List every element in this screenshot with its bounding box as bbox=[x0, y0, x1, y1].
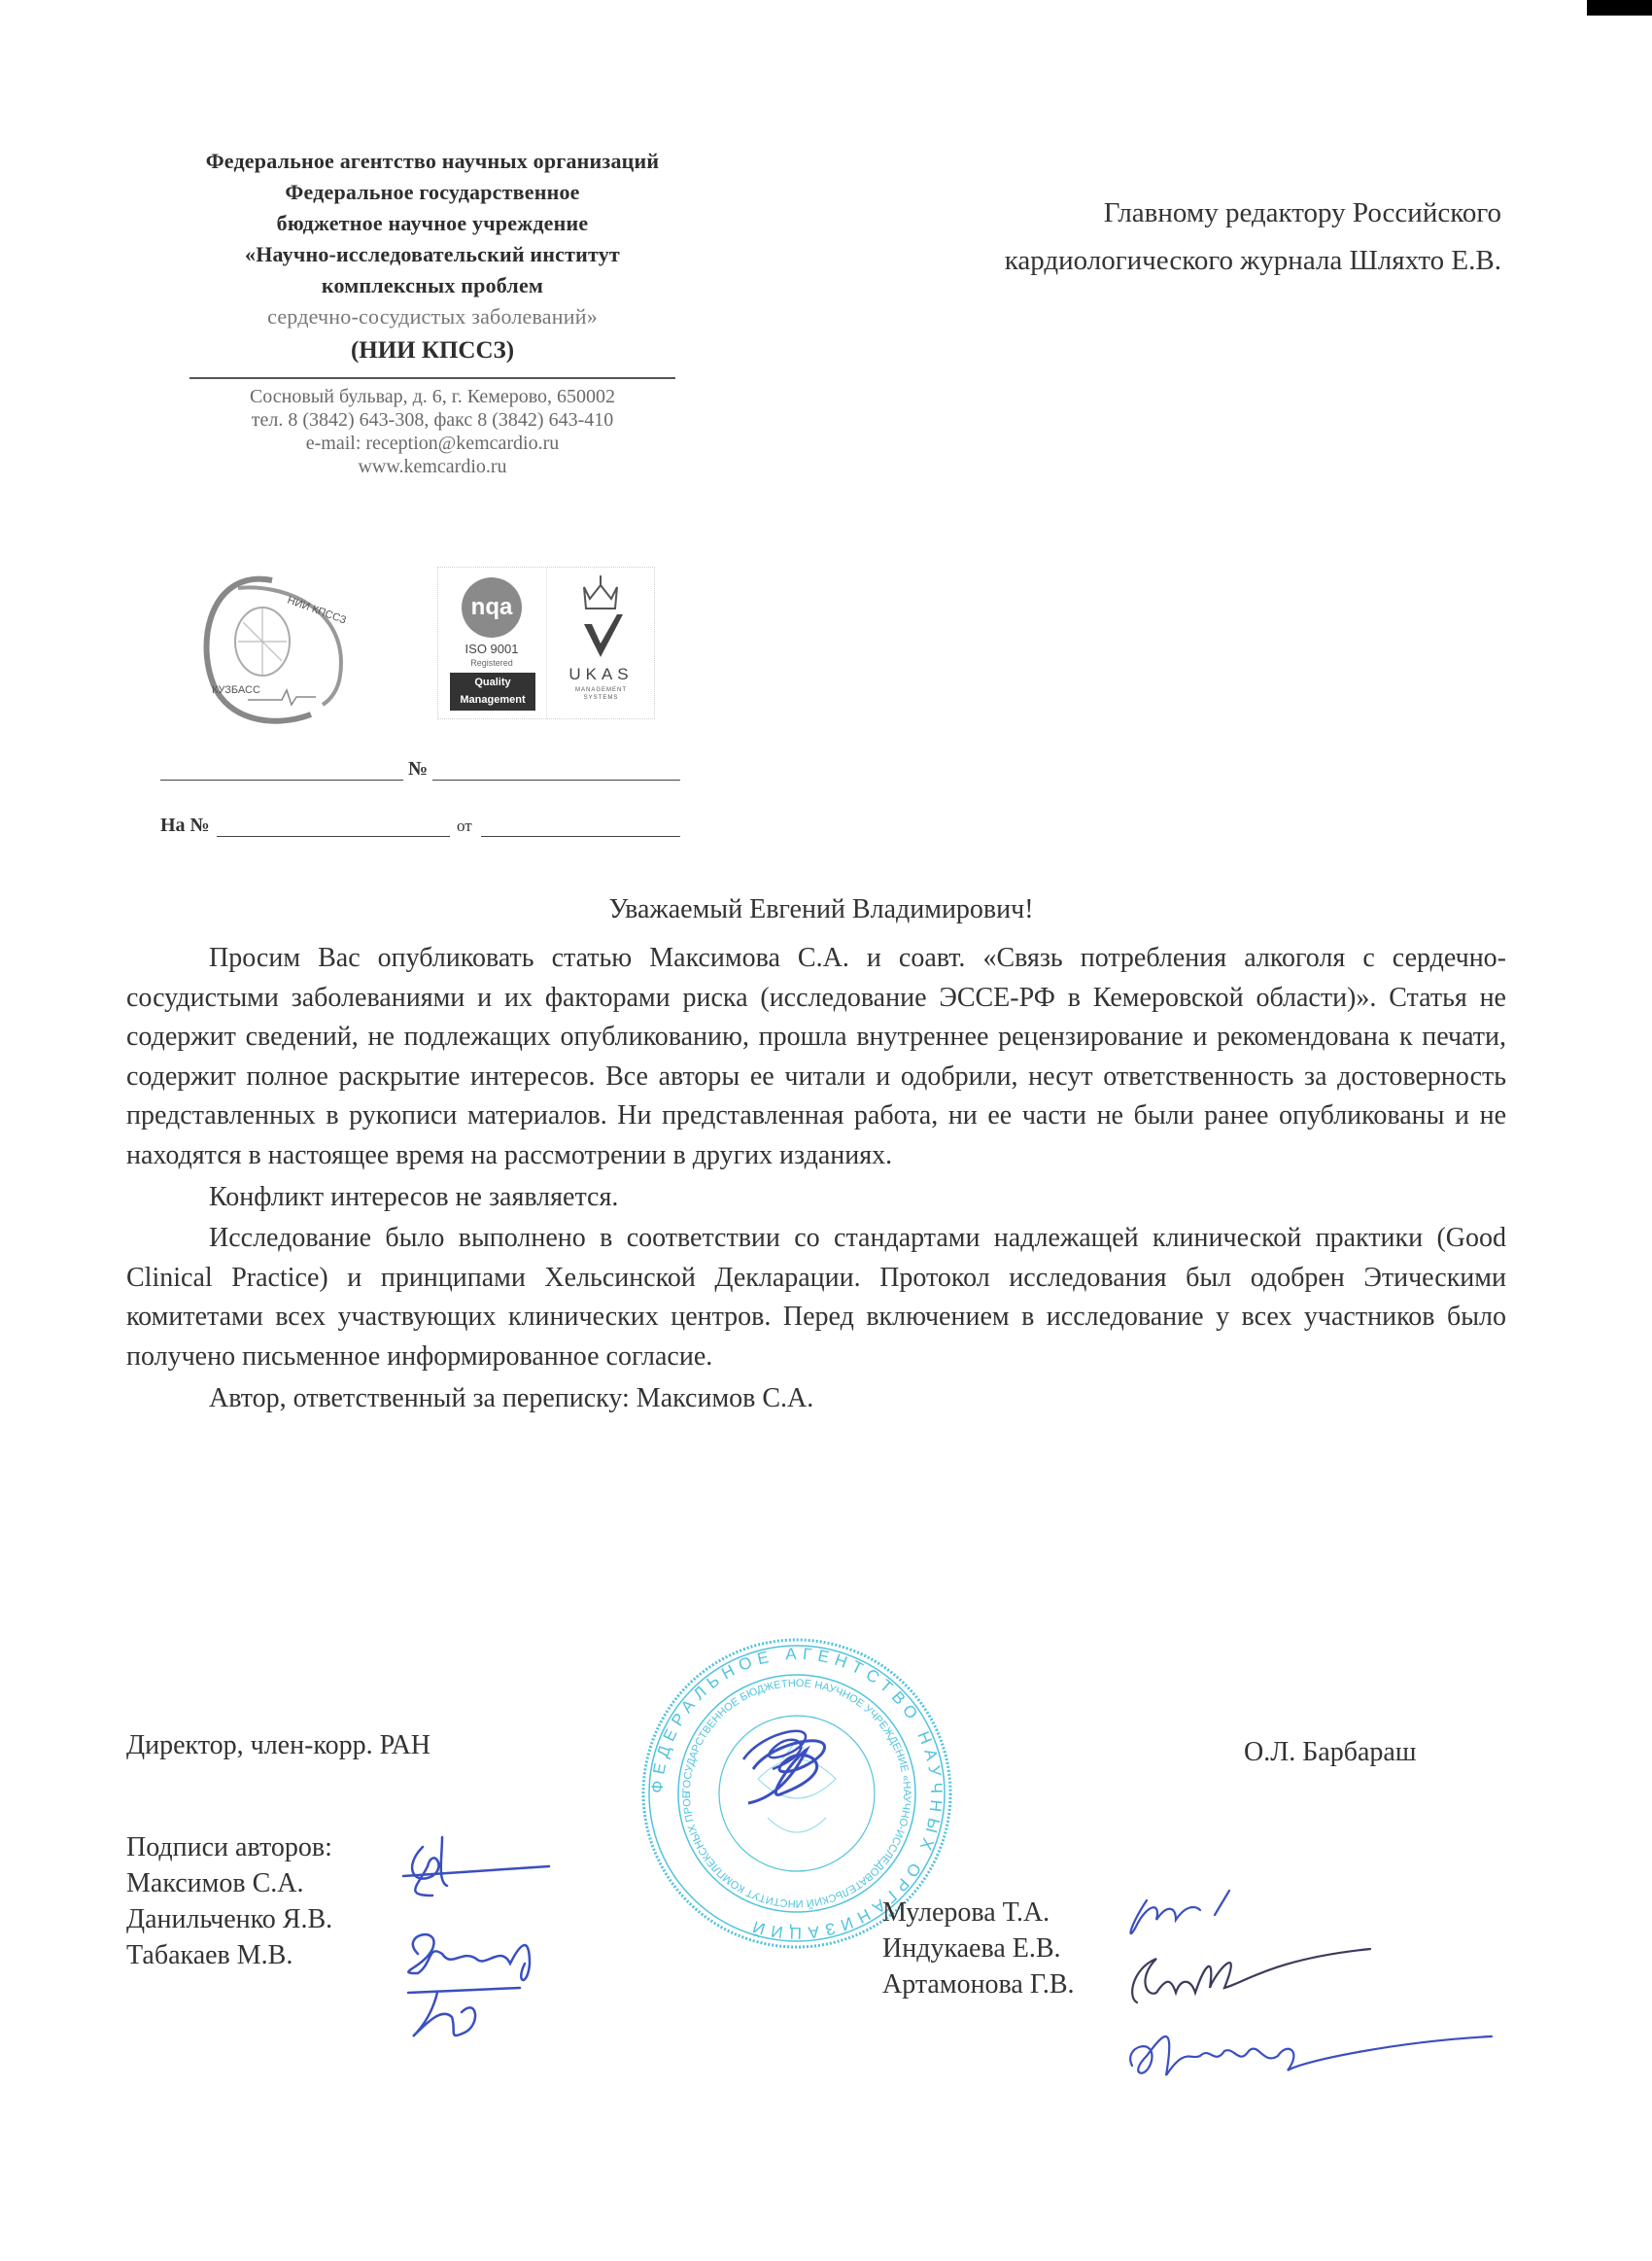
reply-number-label: На № bbox=[160, 815, 210, 837]
director-signature bbox=[734, 1711, 831, 1789]
signature-mulerova bbox=[1130, 1891, 1229, 1933]
director-title: Директор, член-корр. РАН bbox=[126, 1730, 430, 1761]
letterhead-line: Федеральное государственное bbox=[146, 177, 719, 208]
letterhead-line: сердечно-сосудистых заболеваний» bbox=[146, 301, 719, 332]
email: e-mail: reception@kemcardio.ru bbox=[146, 432, 719, 455]
authors-signatures-right: Мулерова Т.А. Индукаева Е.В. Артамонова … bbox=[882, 1895, 1075, 2002]
authors-heading: Подписи авторов: bbox=[126, 1829, 332, 1865]
author-name: Табакаев М.В. bbox=[126, 1937, 332, 1973]
svg-text:КУЗБАСС: КУЗБАСС bbox=[212, 684, 260, 696]
letterhead: Федеральное агентство научных организаци… bbox=[146, 146, 719, 478]
signature-artamonova bbox=[1130, 2036, 1492, 2075]
author-name: Мулерова Т.А. bbox=[882, 1895, 1075, 1931]
quality-management-badge: Quality Management bbox=[450, 673, 535, 711]
iso-label: ISO 9001 bbox=[438, 642, 545, 656]
scan-corner-mark bbox=[1587, 0, 1652, 16]
from-label: от bbox=[457, 817, 472, 836]
quality-label: Quality bbox=[450, 674, 535, 691]
signature-maksimov bbox=[403, 1837, 549, 1896]
phone-fax: тел. 8 (3842) 643-308, факс 8 (3842) 643… bbox=[146, 408, 719, 432]
signature-indukaeva bbox=[1132, 1949, 1370, 2002]
signature-danilchenko bbox=[408, 1934, 530, 1980]
ukas-sublabel-line: SYSTEMS bbox=[547, 694, 655, 702]
reply-to-row: На № от bbox=[160, 815, 685, 844]
reply-date-blank bbox=[481, 836, 680, 837]
paragraph-correspondence: Автор, ответственный за переписку: Макси… bbox=[126, 1379, 1506, 1419]
author-name: Артамонова Г.В. bbox=[882, 1966, 1075, 2002]
ukas-sublabel-line: MANAGEMENT bbox=[547, 686, 655, 694]
crown-check-icon bbox=[547, 568, 655, 665]
paragraph-conflict: Конфликт интересов не заявляется. bbox=[126, 1178, 1506, 1218]
management-label: Management bbox=[450, 691, 535, 709]
nqa-iso-logo: nqa ISO 9001 Registered Quality Manageme… bbox=[438, 568, 546, 718]
number-label: № bbox=[408, 758, 428, 781]
paragraph-request: Просим Вас опубликовать статью Максимова… bbox=[126, 939, 1506, 1176]
addressee-line: Главному редактору Российского bbox=[913, 190, 1501, 237]
reply-number-blank bbox=[217, 836, 450, 837]
outgoing-number-row: № bbox=[160, 758, 685, 787]
date-blank bbox=[160, 780, 403, 781]
certification-logos: nqa ISO 9001 Registered Quality Manageme… bbox=[437, 567, 655, 719]
letterhead-line: «Научно-исследовательский институт bbox=[146, 239, 719, 270]
ukas-label: UKAS bbox=[547, 665, 655, 684]
letterhead-divider bbox=[189, 377, 675, 379]
address: Сосновый бульвар, д. 6, г. Кемерово, 650… bbox=[146, 385, 719, 408]
letterhead-line: бюджетное научное учреждение bbox=[146, 208, 719, 239]
svg-text:НИИ КПССЗ: НИИ КПССЗ bbox=[286, 595, 348, 627]
author-name: Данильченко Я.В. bbox=[126, 1901, 332, 1937]
paragraph-ethics: Исследование было выполнено в соответств… bbox=[126, 1219, 1506, 1376]
ukas-logo: UKAS MANAGEMENT SYSTEMS bbox=[546, 568, 655, 718]
letterhead-line: комплексных проблем bbox=[146, 270, 719, 301]
authors-signatures-left: Подписи авторов: Максимов С.А. Данильчен… bbox=[126, 1829, 332, 1973]
letter-body: Просим Вас опубликовать статью Максимова… bbox=[126, 939, 1506, 1418]
signature-tabakaev bbox=[408, 1988, 520, 2036]
addressee: Главному редактору Российского кардиолог… bbox=[913, 190, 1501, 285]
addressee-line: кардиологического журнала Шляхто Е.В. bbox=[913, 237, 1501, 285]
number-blank bbox=[432, 780, 680, 781]
institute-logo: НИИ КПССЗ КУЗБАСС bbox=[194, 569, 360, 724]
salutation: Уважаемый Евгений Владимирович! bbox=[117, 894, 1526, 925]
author-name: Максимов С.А. bbox=[126, 1865, 332, 1901]
author-name: Индукаева Е.В. bbox=[882, 1931, 1075, 1966]
registered-label: Registered bbox=[438, 658, 545, 668]
nqa-logo: nqa bbox=[462, 577, 522, 638]
director-name: О.Л. Барбараш bbox=[1244, 1737, 1416, 1768]
heart-logo-icon: НИИ КПССЗ КУЗБАСС bbox=[194, 569, 360, 724]
ukas-sublabel: MANAGEMENT SYSTEMS bbox=[547, 686, 655, 702]
institute-abbreviation: (НИИ КПССЗ) bbox=[146, 334, 719, 367]
author-signatures-right bbox=[1108, 1871, 1516, 2104]
author-signatures-left bbox=[394, 1827, 627, 2051]
letterhead-line: Федеральное агентство научных организаци… bbox=[146, 146, 719, 177]
website: www.kemcardio.ru bbox=[146, 455, 719, 478]
